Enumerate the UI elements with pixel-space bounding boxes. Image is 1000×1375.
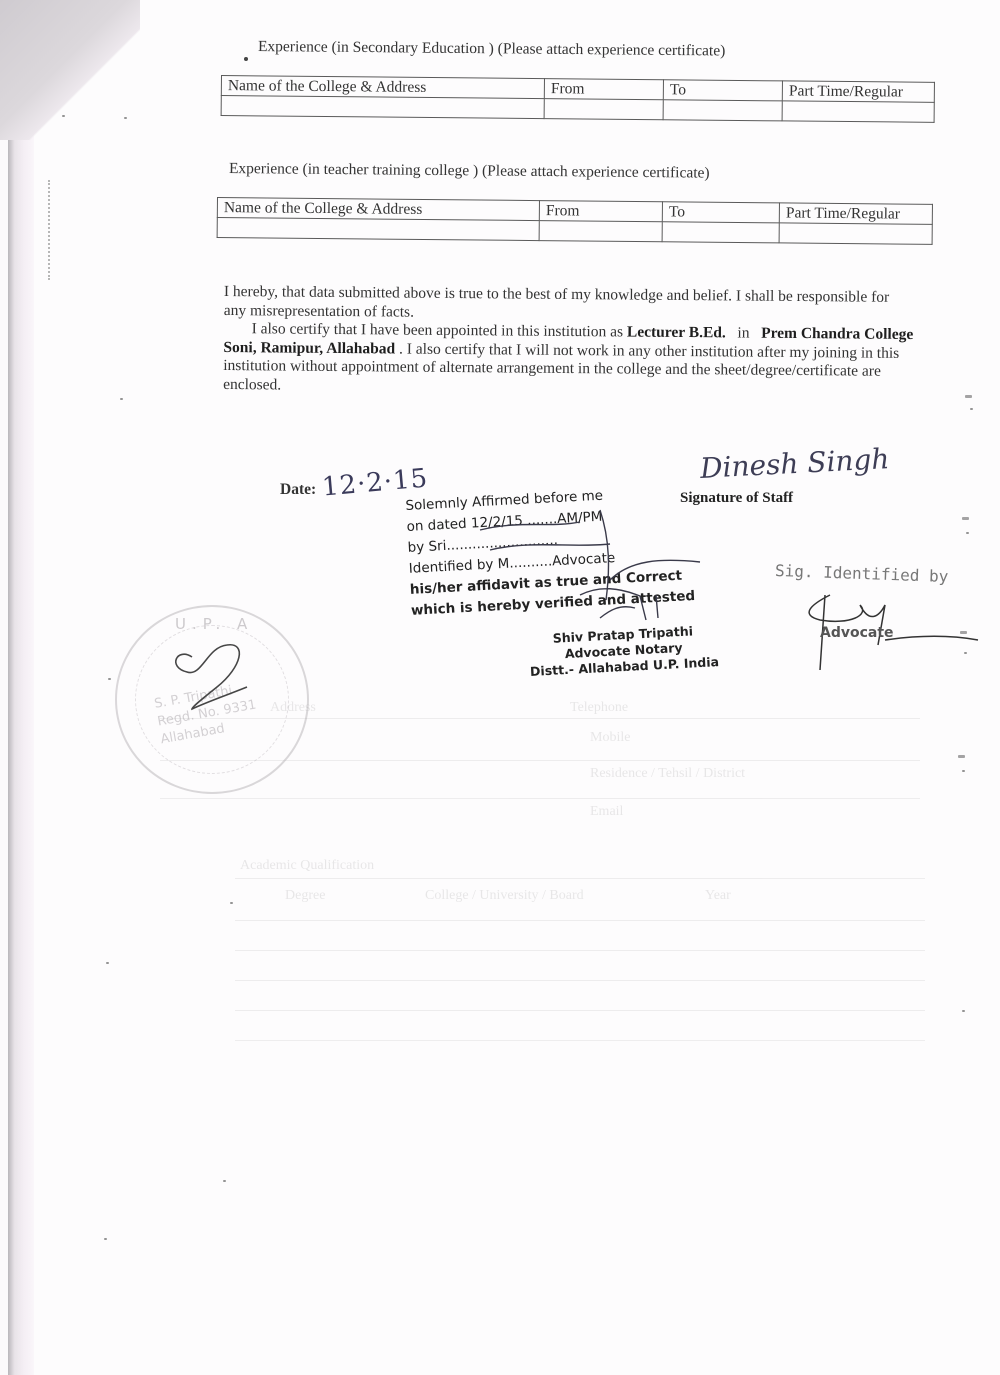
scan-speck [124, 117, 127, 119]
scan-speck [108, 678, 111, 680]
scan-edge-strip [8, 130, 34, 1375]
secondary-experience-table: Name of the College & Address From To Pa… [221, 75, 935, 123]
column-header: From [539, 201, 662, 222]
from-cell[interactable] [539, 221, 662, 242]
declaration-paragraph-1: I hereby, that data submitted above is t… [224, 283, 914, 326]
staff-signature-handwritten: Dinesh Singh [699, 442, 890, 485]
to-cell[interactable] [663, 100, 782, 121]
bullet-icon [244, 57, 248, 61]
scan-speck [223, 1180, 226, 1182]
page-fold-crease [48, 180, 54, 280]
column-header: To [663, 80, 782, 101]
type-cell[interactable] [779, 223, 932, 244]
column-header: Name of the College & Address [217, 198, 539, 221]
notary-stamp: Solemnly Affirmed before me on dated 12/… [405, 481, 696, 622]
column-header: Name of the College & Address [221, 76, 544, 99]
training-experience-heading: Experience (in teacher training college … [229, 160, 710, 183]
column-header: From [544, 79, 663, 100]
scan-speck [230, 902, 233, 904]
notary-seal-text: Shiv Pratap Tripathi Advocate Notary Dis… [528, 622, 719, 680]
column-header: To [662, 202, 779, 223]
staff-signature-label: Signature of Staff [680, 490, 793, 507]
declaration-text: I also certify that I have been appointe… [252, 320, 627, 340]
scan-edge [0, 0, 8, 1375]
scan-speck [966, 532, 969, 534]
scan-speck [965, 395, 972, 398]
column-header: Part Time/Regular [782, 81, 934, 102]
scan-speck [120, 398, 123, 400]
declaration-paragraph-2: I also certify that I have been appointe… [223, 320, 914, 400]
advocate-label: Advocate [820, 625, 894, 641]
scan-speck [104, 1238, 107, 1240]
to-cell[interactable] [662, 222, 779, 243]
handwritten-mark-icon [147, 627, 257, 717]
scan-speck [106, 962, 109, 964]
bleed-through-table: Academic Qualification Degree College / … [165, 850, 925, 1080]
type-cell[interactable] [782, 101, 934, 122]
from-cell[interactable] [544, 99, 663, 120]
designation: Lecturer B.Ed. [627, 324, 726, 342]
round-seal: U.P. A S. P. Tripathi Regd. No. 9331 All… [115, 605, 309, 794]
scan-speck [962, 1010, 965, 1012]
declaration-text: in [726, 324, 761, 341]
scan-speck [958, 755, 965, 758]
scan-speck [970, 408, 973, 410]
page-fold-corner [0, 0, 140, 140]
scan-speck [962, 770, 965, 772]
scan-speck [62, 115, 65, 117]
college-cell[interactable] [217, 218, 539, 241]
scan-speck [962, 517, 969, 520]
date-label: Date: [280, 481, 316, 499]
secondary-experience-heading: Experience (in Secondary Education ) (Pl… [258, 38, 725, 60]
college-cell[interactable] [221, 96, 544, 119]
column-header: Part Time/Regular [779, 203, 932, 224]
training-experience-table: Name of the College & Address From To Pa… [217, 197, 933, 245]
sig-identified-label: Sig. Identified by [775, 561, 949, 586]
declaration: I hereby, that data submitted above is t… [223, 283, 914, 400]
